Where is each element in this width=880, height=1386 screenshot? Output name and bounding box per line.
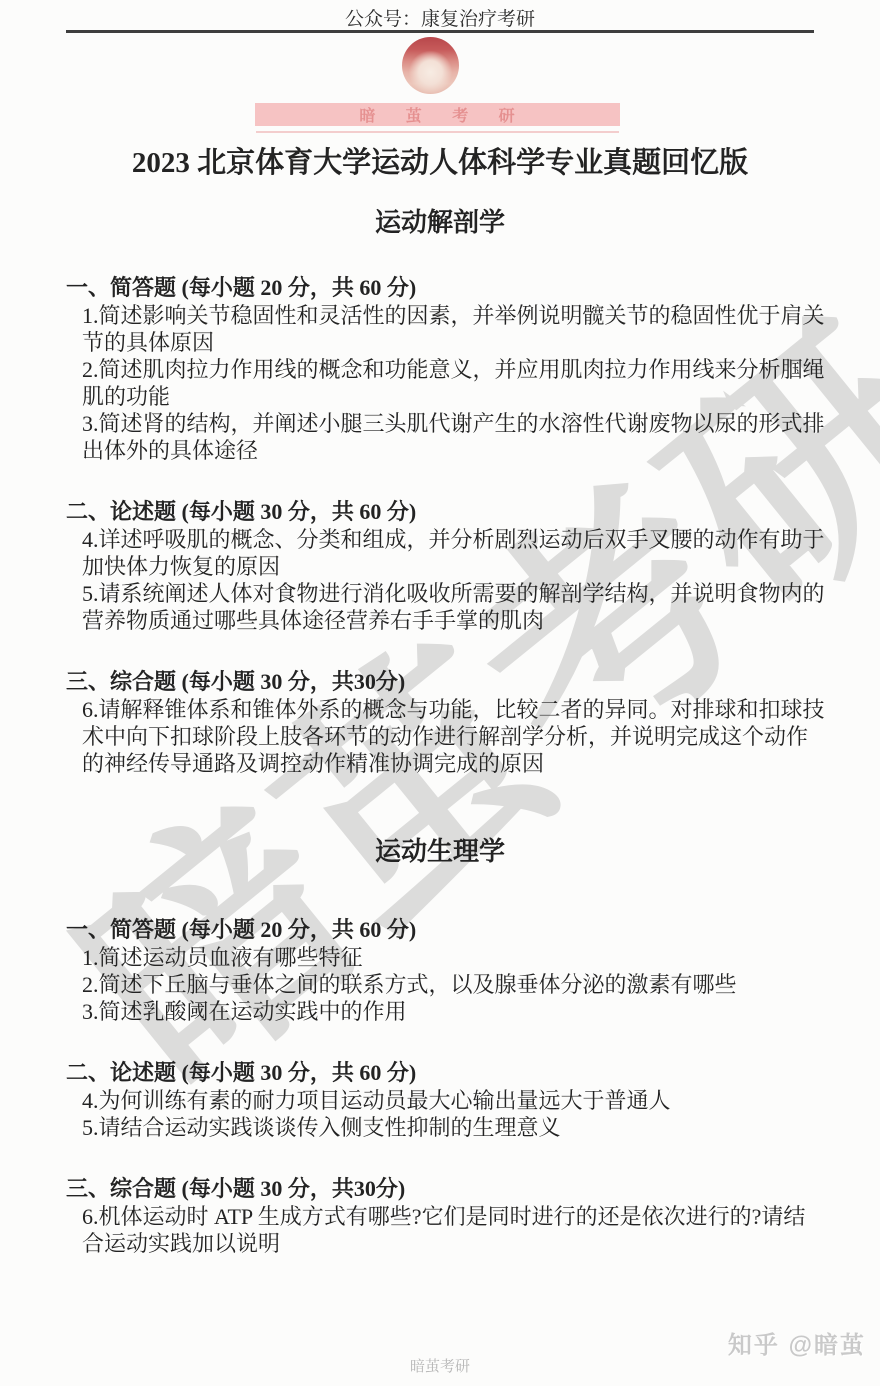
document-title-suffix: 真题回忆版 bbox=[603, 147, 748, 179]
question-line: 加快体力恢复的原因 bbox=[66, 553, 814, 580]
section-heading: 二、论述题 (每小题 30 分，共 60 分) bbox=[66, 497, 814, 526]
question-line: 的神经传导通路及调控动作精准协调完成的原因 bbox=[66, 750, 814, 777]
question-line: 6.机体运动时 ATP 生成方式有哪些?它们是同时进行的还是依次进行的?请结 bbox=[66, 1203, 814, 1230]
question-line: 节的具体原因 bbox=[66, 329, 814, 356]
section-physiology-short-answer: 一、简答题 (每小题 20 分，共 60 分) 1.简述运动员血液有哪些特征 2… bbox=[66, 915, 814, 1025]
question-line: 6.请解释锥体系和锥体外系的概念与功能，比较二者的异同。对排球和扣球技 bbox=[66, 696, 814, 723]
brand-banner: 暗 茧 考 研 bbox=[255, 103, 620, 126]
zhihu-watermark: 知乎 @暗茧 bbox=[728, 1325, 866, 1360]
brand-avatar-image bbox=[402, 37, 459, 94]
section-heading: 一、简答题 (每小题 20 分，共 60 分) bbox=[66, 915, 814, 944]
question-line: 肌的功能 bbox=[66, 383, 814, 410]
brand-banner-underline bbox=[256, 131, 619, 133]
brand-block: 暗 茧 考 研 bbox=[66, 37, 814, 133]
document-title-prefix: 2023 北京体育大学运动人体科学专业 bbox=[132, 147, 603, 179]
question-line: 5.请结合运动实践谈谈传入侧支性抑制的生理意义 bbox=[66, 1114, 814, 1141]
question-line: 3.简述肾的结构，并阐述小腿三头肌代谢产生的水溶性代谢废物以尿的形式排 bbox=[66, 410, 814, 437]
question-line: 出体外的具体途径 bbox=[66, 437, 814, 464]
question-line: 术中向下扣球阶段上肢各环节的动作进行解剖学分析，并说明完成这个动作 bbox=[66, 723, 814, 750]
section-heading: 一、简答题 (每小题 20 分，共 60 分) bbox=[66, 273, 814, 302]
section-anatomy-comprehensive: 三、综合题 (每小题 30 分，共30分) 6.请解释锥体系和锥体外系的概念与功… bbox=[66, 667, 814, 777]
section-physiology-essay: 二、论述题 (每小题 30 分，共 60 分) 4.为何训练有素的耐力项目运动员… bbox=[66, 1058, 814, 1141]
question-line: 4.为何训练有素的耐力项目运动员最大心输出量远大于普通人 bbox=[66, 1087, 814, 1114]
header-account-label: 公众号：康复治疗考研 bbox=[345, 9, 535, 30]
header-divider bbox=[66, 30, 814, 33]
question-line: 4.详述呼吸肌的概念、分类和组成，并分析剧烈运动后双手叉腰的动作有助于 bbox=[66, 526, 814, 553]
brand-banner-label: 暗 茧 考 研 bbox=[346, 103, 527, 126]
section-heading: 三、综合题 (每小题 30 分，共30分) bbox=[66, 1174, 814, 1203]
question-line: 合运动实践加以说明 bbox=[66, 1230, 814, 1257]
section-heading: 二、论述题 (每小题 30 分，共 60 分) bbox=[66, 1058, 814, 1087]
subject-title-physiology: 运动生理学 bbox=[66, 835, 814, 869]
question-line: 营养物质通过哪些具体途径营养右手手掌的肌肉 bbox=[66, 607, 814, 634]
exam-page: 公众号：康复治疗考研 暗 茧 考 研 2023 北京体育大学运动人体科学专业真题… bbox=[0, 0, 880, 1257]
question-line: 2.简述肌肉拉力作用线的概念和功能意义，并应用肌肉拉力作用线来分析腘绳 bbox=[66, 356, 814, 383]
section-heading: 三、综合题 (每小题 30 分，共30分) bbox=[66, 667, 814, 696]
question-line: 1.简述运动员血液有哪些特征 bbox=[66, 944, 814, 971]
question-line: 1.简述影响关节稳固性和灵活性的因素，并举例说明髋关节的稳固性优于肩关 bbox=[66, 302, 814, 329]
question-line: 5.请系统阐述人体对食物进行消化吸收所需要的解剖学结构，并说明食物内的 bbox=[66, 580, 814, 607]
subject-title-anatomy: 运动解剖学 bbox=[66, 206, 814, 240]
section-anatomy-essay: 二、论述题 (每小题 30 分，共 60 分) 4.详述呼吸肌的概念、分类和组成… bbox=[66, 497, 814, 634]
question-line: 2.简述下丘脑与垂体之间的联系方式，以及腺垂体分泌的激素有哪些 bbox=[66, 971, 814, 998]
document-title: 2023 北京体育大学运动人体科学专业真题回忆版 bbox=[66, 144, 814, 182]
question-line: 3.简述乳酸阈在运动实践中的作用 bbox=[66, 998, 814, 1025]
section-physiology-comprehensive: 三、综合题 (每小题 30 分，共30分) 6.机体运动时 ATP 生成方式有哪… bbox=[66, 1174, 814, 1257]
page-header: 公众号：康复治疗考研 bbox=[66, 0, 814, 30]
section-anatomy-short-answer: 一、简答题 (每小题 20 分，共 60 分) 1.简述影响关节稳固性和灵活性的… bbox=[66, 273, 814, 464]
